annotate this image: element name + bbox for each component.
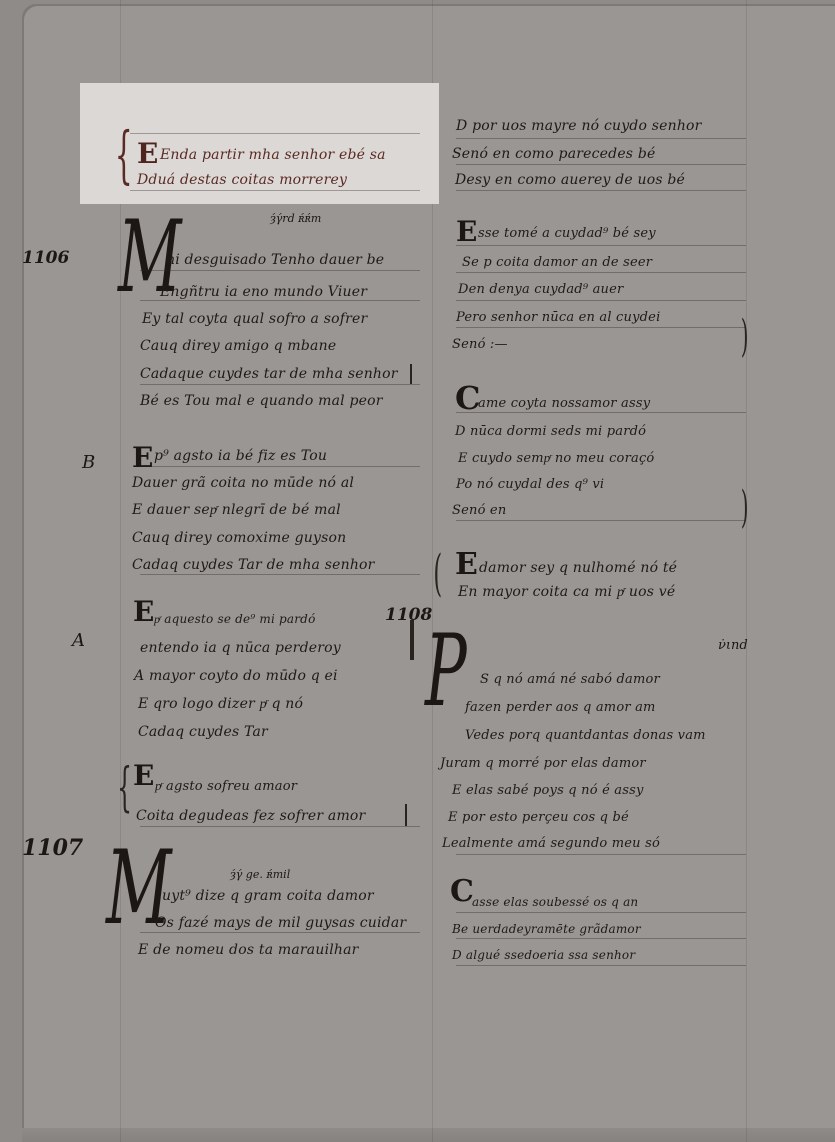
decorated-initial-p-1108: P xyxy=(425,622,467,721)
verse-line: D nūca dormi seds mi pardó xyxy=(455,424,646,439)
column-rule-right xyxy=(746,0,747,1142)
verse-line: Be uerdadeyramēte grãdamor xyxy=(452,922,641,936)
verse-line: Senó en como parecedes bé xyxy=(452,146,656,162)
margin-bracket: ) xyxy=(741,315,749,359)
ruling-line xyxy=(140,932,420,933)
initial-e: E xyxy=(455,550,478,580)
initial-c: C xyxy=(450,877,474,907)
verse-line: Os fazé mays de mil guysas cuidar xyxy=(155,915,406,931)
verse-line: Senó en xyxy=(452,503,506,518)
ruling-line xyxy=(456,190,746,191)
verse-line: Lealmente amá segundo meu só xyxy=(442,836,660,851)
verse-line: sse tomé a cuydad⁹ bé sey xyxy=(478,226,656,241)
verse-line: damor sey q nulhomé nó té xyxy=(479,560,677,576)
verse-line: Juram q morré por elas damor xyxy=(440,756,646,771)
verse-line: Cadaq cuydes Tar xyxy=(138,724,268,740)
verse-line: E qro logo dizer pͬ q nó xyxy=(138,696,303,713)
ruling-line xyxy=(456,854,746,855)
ruling-line xyxy=(140,384,420,385)
margin-mark xyxy=(410,620,414,660)
verse-line: fazen perder aos q amor am xyxy=(465,700,656,715)
ruling-line xyxy=(456,938,746,939)
initial-c: C xyxy=(455,382,480,414)
verse-line: D por uos mayre nó cuydo senhor xyxy=(456,118,702,134)
verse-line: E elas sabé poys q nó é assy xyxy=(452,783,644,798)
ruling-line xyxy=(456,272,746,273)
ruling-line xyxy=(456,245,746,246)
verse-line: D algué ssedoeria ssa senhor xyxy=(452,948,635,962)
ruling-line xyxy=(140,270,420,271)
verse-line: asse elas soubessé os q an xyxy=(472,895,638,909)
margin-mark xyxy=(405,804,407,826)
verse-line: S q nó amá né sabó damor xyxy=(480,672,660,687)
verse-line: Cadaque cuydes tar de mha senhor xyxy=(140,366,398,382)
margin-mark xyxy=(410,364,412,384)
ruling-line xyxy=(456,327,746,328)
verse-line: Coita degudeas fez sofrer amor xyxy=(136,808,365,824)
highlight-line-2: Dduá destas coitas morrerey xyxy=(137,172,347,188)
ruling-line xyxy=(456,164,746,165)
highlight-line-1: Enda partir mha senhor ebé sa xyxy=(160,147,386,163)
page-bottom-edge xyxy=(22,1128,835,1142)
verse-line: Den denya cuydad⁹ auer xyxy=(458,282,623,297)
verse-line: Ey tal coyta qual sofro a sofrer xyxy=(142,311,367,327)
margin-letter-b: B xyxy=(82,452,95,473)
initial-e: E xyxy=(133,598,154,626)
verse-line: Senó :— xyxy=(452,337,508,352)
verse-line: E de nomeu dos ta marauilhar xyxy=(138,942,359,958)
stanza-brace: ( xyxy=(433,548,442,598)
margin-letter-a: A xyxy=(72,630,85,651)
verse-line: p⁹ agsto ia bé fiz es Tou xyxy=(154,448,327,464)
ruling-line xyxy=(456,412,746,413)
verse-line: Cadaq cuydes Tar de mha senhor xyxy=(132,557,375,573)
interlinear-annotation: ȝ́γ́rd ʀ́ʀ́m xyxy=(270,212,321,225)
highlight-initial-e: E xyxy=(137,140,158,168)
verse-line: ame coyta nossamor assy xyxy=(478,396,650,411)
margin-bracket: ) xyxy=(741,486,749,530)
ruling-line xyxy=(140,826,420,827)
verse-line: Desy en como auerey de uos bé xyxy=(455,172,685,188)
ruling-line xyxy=(456,138,746,139)
ruling-line xyxy=(130,133,420,134)
stanza-brace: { xyxy=(117,762,132,814)
interlinear-annotation: ȝ́γ́ ge. ʀ́mil xyxy=(230,868,290,881)
margin-note-right: ν̇ιnd xyxy=(718,638,748,653)
ruling-line xyxy=(130,190,420,191)
verse-line: uyt⁹ dize q gram coita damor xyxy=(162,888,374,904)
ruling-line xyxy=(456,520,746,521)
verse-line: Se p coita damor an de seer xyxy=(462,255,652,270)
verse-line: Pero senhor nūca en al cuydei xyxy=(456,310,660,325)
ruling-line xyxy=(140,300,420,301)
poem-number-1107: 1107 xyxy=(22,835,83,861)
verse-line: Bé es Tou mal e quando mal peor xyxy=(140,393,383,409)
verse-line: En mayor coita ca mi pͬ uos vé xyxy=(458,584,675,601)
ruling-line xyxy=(456,912,746,913)
initial-e: E xyxy=(133,762,154,790)
verse-line: Po nó cuydal des q⁹ vi xyxy=(456,477,604,492)
verse-line: Engñtru ia eno mundo Viuer xyxy=(160,284,367,300)
ruling-line xyxy=(140,574,420,575)
verse-line: ni desguisado Tenho dauer be xyxy=(166,252,384,268)
verse-line: entendo ia q nūca perderoy xyxy=(140,640,341,656)
poem-number-1106: 1106 xyxy=(22,248,69,268)
verse-line: E cuydo sempͬ no meu coraçó xyxy=(458,450,654,466)
verse-line: E dauer sepͬ nlegrī de bé mal xyxy=(132,502,341,519)
verse-line: pͬ agsto sofreu amaor xyxy=(155,778,297,794)
verse-line: E por esto perçeu cos q bé xyxy=(448,810,629,825)
verse-line: A mayor coyto do mūdo q ei xyxy=(134,668,338,684)
verse-line: Vedes porq quantdantas donas vam xyxy=(465,728,706,743)
ruling-line xyxy=(456,965,746,966)
verse-line: pͬ aquesto se de⁹ mi pardó xyxy=(154,612,316,627)
verse-line: Cauq direy comoxime guyson xyxy=(132,530,346,546)
verse-line: Dauer grã coita no mūde nó al xyxy=(132,475,354,491)
verse-line: Cauq direy amigo q mbane xyxy=(140,338,336,354)
initial-e: E xyxy=(132,444,153,472)
initial-e: E xyxy=(456,218,477,246)
ruling-line xyxy=(456,300,746,301)
ruling-line xyxy=(140,466,420,467)
